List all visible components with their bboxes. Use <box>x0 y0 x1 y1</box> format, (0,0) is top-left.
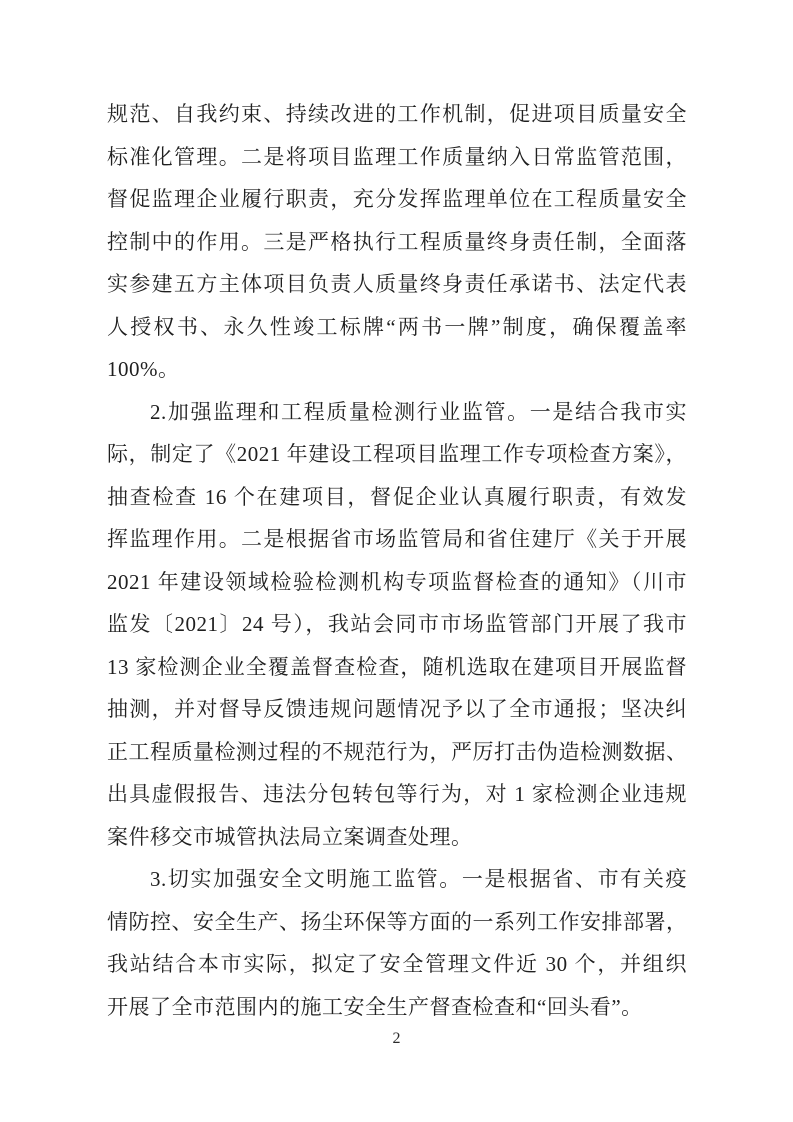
text-line: 3.切实加强安全文明施工监管。一是根据省、市有关疫 <box>107 858 687 901</box>
text-line: 我站结合本市实际，拟定了安全管理文件近 30 个，并组织 <box>107 943 687 986</box>
text-line: 规范、自我约束、持续改进的工作机制，促进项目质量安全 <box>107 93 687 136</box>
text-line: 挥监理作用。二是根据省市场监管局和省住建厅《关于开展 <box>107 518 687 561</box>
text-line: 2021 年建设领域检验检测机构专项监督检查的通知》（川市 <box>107 561 687 604</box>
text-line: 开展了全市范围内的施工安全生产督查检查和“回头看”。 <box>107 986 687 1029</box>
page-number: 2 <box>0 1028 793 1050</box>
text-line: 督促监理企业履行职责，充分发挥监理单位在工程质量安全 <box>107 178 687 221</box>
document-page: 规范、自我约束、持续改进的工作机制，促进项目质量安全标准化管理。二是将项目监理工… <box>0 0 793 1122</box>
text-line: 正工程质量检测过程的不规范行为，严厉打击伪造检测数据、 <box>107 731 687 774</box>
text-line: 人授权书、永久性竣工标牌“两书一牌”制度，确保覆盖率 <box>107 306 687 349</box>
text-line: 100%。 <box>107 348 687 391</box>
text-line: 13 家检测企业全覆盖督查检查，随机选取在建项目开展监督 <box>107 646 687 689</box>
text-line: 监发〔2021〕24 号），我站会同市市场监管部门开展了我市 <box>107 603 687 646</box>
text-line: 标准化管理。二是将项目监理工作质量纳入日常监管范围， <box>107 136 687 179</box>
text-line: 控制中的作用。三是严格执行工程质量终身责任制，全面落 <box>107 221 687 264</box>
text-line: 案件移交市城管执法局立案调查处理。 <box>107 816 687 859</box>
text-line: 2.加强监理和工程质量检测行业监管。一是结合我市实 <box>107 391 687 434</box>
document-body: 规范、自我约束、持续改进的工作机制，促进项目质量安全标准化管理。二是将项目监理工… <box>107 93 687 1028</box>
text-line: 抽测，并对督导反馈违规问题情况予以了全市通报；坚决纠 <box>107 688 687 731</box>
text-line: 际，制定了《2021 年建设工程项目监理工作专项检查方案》， <box>107 433 687 476</box>
text-line: 实参建五方主体项目负责人质量终身责任承诺书、法定代表 <box>107 263 687 306</box>
text-line: 情防控、安全生产、扬尘环保等方面的一系列工作安排部署， <box>107 901 687 944</box>
text-line: 出具虚假报告、违法分包转包等行为，对 1 家检测企业违规 <box>107 773 687 816</box>
text-line: 抽查检查 16 个在建项目，督促企业认真履行职责，有效发 <box>107 476 687 519</box>
